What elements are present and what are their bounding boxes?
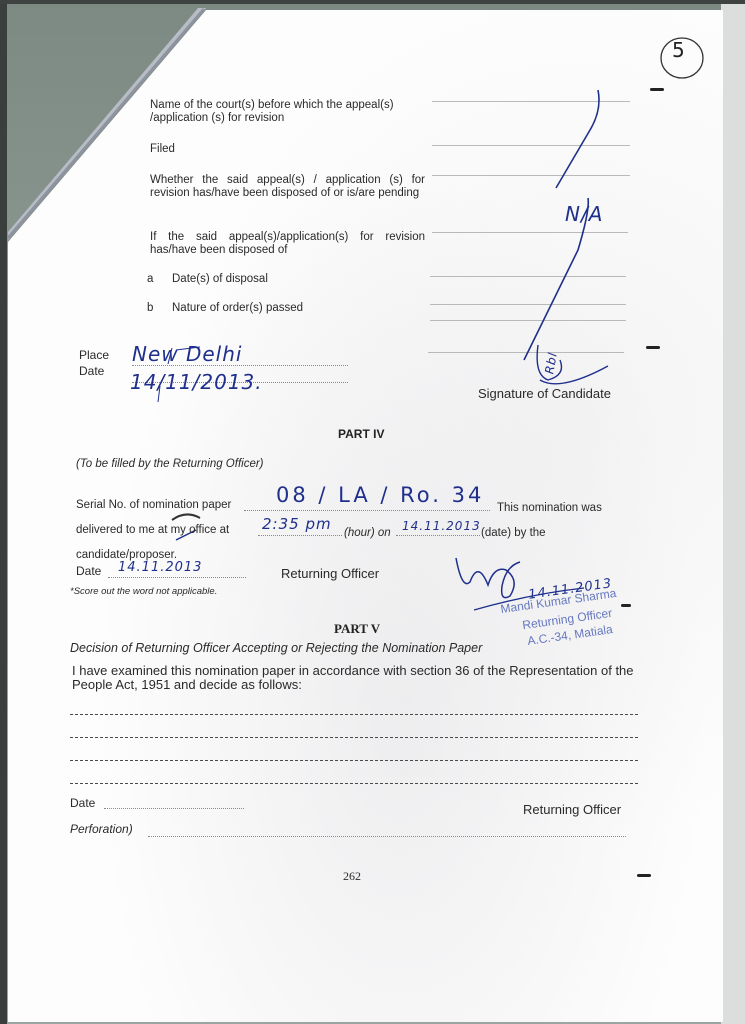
filed-answer-line xyxy=(432,145,630,146)
serial-line xyxy=(244,510,490,511)
serial-label: Serial No. of nomination paper xyxy=(76,499,231,512)
date-disposal-answer-line xyxy=(430,276,626,277)
scanner-right-strip xyxy=(721,0,745,1024)
page-number: 262 xyxy=(343,870,361,883)
whether-label: Whether the said appeal(s) / application… xyxy=(150,174,425,200)
item-b-marker: b xyxy=(147,302,153,315)
date-label: Date xyxy=(79,365,104,378)
date-inline-value[interactable]: 14.11.2013 xyxy=(402,519,481,533)
margin-mark xyxy=(637,874,651,877)
signature-of-candidate-label: Signature of Candidate xyxy=(478,387,611,400)
item-a-label: Date(s) of disposal xyxy=(172,273,268,286)
part-iv-subtitle: (To be filled by the Returning Officer) xyxy=(76,458,264,471)
part-iv-title: PART IV xyxy=(338,427,384,441)
court-answer-line xyxy=(432,101,630,102)
part-v-date-line[interactable] xyxy=(104,808,244,809)
circled-number: 5 xyxy=(672,38,686,62)
whether-answer-line xyxy=(432,175,630,176)
serial-value[interactable]: 08 / LA / Ro. 34 xyxy=(276,483,484,507)
item-b-label: Nature of order(s) passed xyxy=(172,302,303,315)
scanner-edge-top xyxy=(0,0,745,4)
part-v-subtitle: Decision of Returning Officer Accepting … xyxy=(70,642,482,655)
nature-order-answer-line xyxy=(430,304,626,305)
perforation-line xyxy=(148,836,626,837)
part-v-title: PART V xyxy=(334,621,380,637)
margin-mark xyxy=(621,604,631,607)
part-iv-date-line xyxy=(108,577,246,578)
nomination-was-text: This nomination was xyxy=(497,502,602,515)
delivered-label: delivered to me at my office at xyxy=(76,524,229,537)
footnote: *Score out the word not applicable. xyxy=(70,585,217,598)
decision-line-4 xyxy=(70,783,638,784)
if-disposed-label: If the said appeal(s)/application(s) for… xyxy=(150,231,425,257)
margin-mark xyxy=(650,88,664,91)
place-value[interactable]: New Delhi xyxy=(132,342,242,366)
part-v-body: I have examined this nomination paper in… xyxy=(72,664,647,692)
scanner-edge-left xyxy=(0,0,7,1024)
date-inline-label: (date) by the xyxy=(481,527,546,540)
place-label: Place xyxy=(79,349,109,362)
filed-label: Filed xyxy=(150,143,175,156)
perforation-label: Perforation) xyxy=(70,823,133,836)
hour-value[interactable]: 2:35 pm xyxy=(262,515,332,533)
decision-line-3 xyxy=(70,760,638,761)
court-label: Name of the court(s) before which the ap… xyxy=(150,99,430,125)
if-disposed-answer-line xyxy=(432,232,628,233)
margin-mark xyxy=(646,346,660,349)
item-a-marker: a xyxy=(147,273,153,286)
part-v-returning-officer-label: Returning Officer xyxy=(523,803,621,816)
part-iv-date-value[interactable]: 14.11.2013 xyxy=(118,560,202,575)
circled-number-mark xyxy=(656,30,736,90)
handwritten-na: N/A xyxy=(565,202,603,226)
date-inline-line xyxy=(396,535,480,536)
part-iv-date-label: Date xyxy=(76,565,101,578)
decision-line-1 xyxy=(70,714,638,715)
date-value[interactable]: 14/11/2013. xyxy=(130,370,263,394)
part-v-date-label: Date xyxy=(70,797,95,810)
decision-line-2 xyxy=(70,737,638,738)
part-iv-returning-officer-label: Returning Officer xyxy=(281,567,379,580)
document-page xyxy=(8,10,723,1022)
hour-line xyxy=(258,535,342,536)
hour-label: (hour) on xyxy=(344,527,391,540)
nature-order-answer-line-2 xyxy=(430,320,626,321)
extra-answer-line xyxy=(428,352,624,353)
